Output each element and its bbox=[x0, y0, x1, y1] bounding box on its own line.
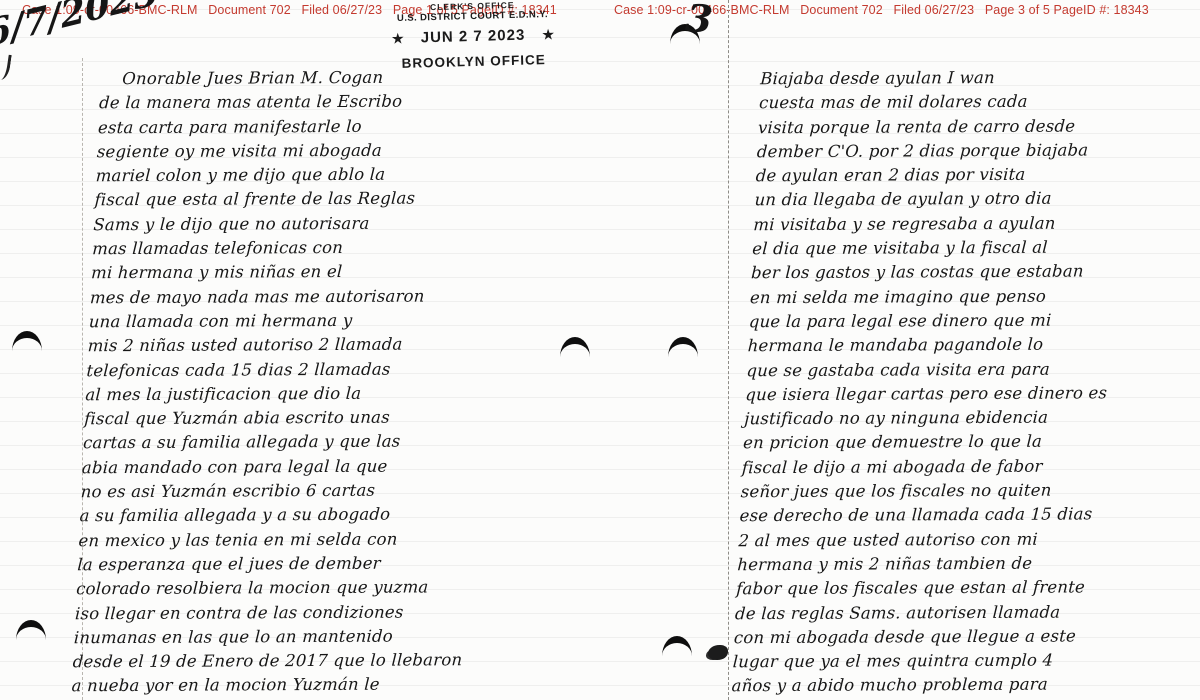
pen-stroke-mark bbox=[0, 53, 12, 81]
handwritten-letter-body-page3: Biajaba desde ayulan I wancuesta mas de … bbox=[731, 65, 1200, 699]
handwritten-line: en mi selda me imagino que penso bbox=[749, 283, 1200, 310]
handwritten-date: 6/7/2023 bbox=[0, 0, 160, 55]
page-3-scan: Case 1:09-cr-00466-BMC-RLM Document 702 … bbox=[600, 0, 1200, 700]
handwritten-line: al mes la justificacion que dio la bbox=[85, 381, 566, 408]
handwritten-line: que se gastaba cada visita era para bbox=[746, 356, 1200, 383]
handwritten-line: a nueba yor en la mocion Yuzmán le bbox=[71, 672, 552, 699]
handwritten-line: una llamada con mi hermana y bbox=[88, 308, 569, 335]
handwritten-line: a su familia allegada y a su abogado bbox=[79, 502, 560, 529]
handwritten-line: Onorable Jues Brian M. Cogan bbox=[100, 65, 581, 92]
handwritten-line: fabor que los fiscales que estan al fren… bbox=[736, 575, 1200, 602]
handwritten-line: cartas a su familia allegada y que las bbox=[82, 429, 563, 456]
handwritten-line: hermana y mis 2 niñas tambien de bbox=[737, 551, 1200, 578]
handwritten-line: en mexico y las tenia en mi selda con bbox=[78, 526, 559, 553]
handwritten-line: mi hermana y mis niñas en el bbox=[91, 259, 572, 286]
handwritten-line: mis 2 niñas usted autoriso 2 llamada bbox=[87, 332, 568, 359]
handwritten-line: con mi abogada desde que llegue a este bbox=[733, 624, 1200, 651]
handwritten-line: el dia que me visitaba y la fiscal al bbox=[752, 235, 1200, 262]
ink-scribble-mark bbox=[708, 645, 728, 660]
handwritten-page-number: 3 bbox=[684, 0, 715, 42]
handwritten-line: en pricion que demuestre lo que la bbox=[743, 429, 1200, 456]
handwritten-line: esta carta para manifestarle lo bbox=[97, 113, 578, 140]
handwritten-line: mes de mayo nada mas me autorisaron bbox=[89, 283, 570, 310]
handwritten-line: fiscal que Yuzmán abia escrito unas bbox=[84, 405, 565, 432]
handwritten-line: iso llegar en contra de las condiziones bbox=[74, 599, 555, 626]
handwritten-line: ber los gastos y las costas que estaban bbox=[751, 259, 1200, 286]
handwritten-line: de las reglas Sams. autorisen llamada bbox=[734, 599, 1200, 626]
handwritten-line: desde el 19 de Enero de 2017 que lo lleb… bbox=[72, 648, 553, 675]
handwritten-line: mas llamadas telefonicas con bbox=[92, 235, 573, 262]
handwritten-line: que la para legal ese dinero que mi bbox=[748, 308, 1200, 335]
handwritten-line: años y a abido mucho problema para bbox=[731, 672, 1200, 699]
handwritten-line: lugar que ya el mes quintra cumplo 4 bbox=[732, 648, 1200, 675]
handwritten-letter-body-page1: Onorable Jues Brian M. Cogande la manera… bbox=[71, 65, 581, 699]
handwritten-line: fiscal le dijo a mi abogada de fabor bbox=[741, 454, 1200, 481]
handwritten-line: mi visitaba y se regresaba a ayulan bbox=[753, 211, 1200, 238]
hole-punch-mark bbox=[16, 620, 46, 640]
page-1-scan: Case 1:09-cr-00466-BMC-RLM Document 702 … bbox=[0, 0, 600, 700]
handwritten-line: telefonicas cada 15 dias 2 llamadas bbox=[86, 356, 567, 383]
handwritten-line: no es asi Yuzmán escribio 6 cartas bbox=[80, 478, 561, 505]
handwritten-line: un dia llegaba de ayulan y otro dia bbox=[754, 186, 1200, 213]
handwritten-line: Sams y le dijo que no autorisara bbox=[93, 211, 574, 238]
hole-punch-mark bbox=[662, 636, 692, 656]
stamp-date: JUN 2 7 2023 bbox=[421, 27, 526, 47]
handwritten-line: de ayulan eran 2 dias por visita bbox=[755, 162, 1200, 189]
hole-punch-mark bbox=[12, 331, 42, 351]
handwritten-line: inumanas en las que lo an mantenido bbox=[73, 624, 554, 651]
handwritten-line: segiente oy me visita mi abogada bbox=[96, 138, 577, 165]
handwritten-line: hermana le mandaba pagandole lo bbox=[747, 332, 1200, 359]
handwritten-line: mariel colon y me dijo que ablo la bbox=[95, 162, 576, 189]
hole-punch-mark bbox=[668, 337, 698, 357]
handwritten-line: justificado no ay ninguna ebidencia bbox=[744, 405, 1200, 432]
star-icon: ★ bbox=[392, 30, 404, 46]
clerks-office-stamp: CLERK'S OFFICE U.S. DISTRICT COURT E.D.N… bbox=[387, 0, 559, 71]
handwritten-line: Biajaba desde ayulan I wan bbox=[760, 65, 1200, 92]
handwritten-line: colorado resolbiera la mocion que yuzma bbox=[76, 575, 557, 602]
handwritten-line: señor jues que los fiscales no quiten bbox=[740, 478, 1200, 505]
handwritten-line: de la manera mas atenta le Escribo bbox=[99, 89, 580, 116]
handwritten-line: cuesta mas de mil dolares cada bbox=[759, 89, 1200, 116]
star-icon: ★ bbox=[542, 26, 554, 42]
handwritten-line: que isiera llegar cartas pero ese dinero… bbox=[745, 381, 1200, 408]
handwritten-line: 2 al mes que usted autoriso con mi bbox=[738, 526, 1200, 553]
handwritten-line: dember C'O. por 2 dias porque biajaba bbox=[756, 138, 1200, 165]
handwritten-line: abia mandado con para legal la que bbox=[81, 453, 562, 480]
stamp-date-line: ★ JUN 2 7 2023 ★ bbox=[388, 26, 558, 47]
handwritten-line: visita porque la renta de carro desde bbox=[757, 113, 1200, 140]
margin-rule-line bbox=[728, 0, 729, 700]
handwritten-line: ese derecho de una llamada cada 15 dias bbox=[739, 502, 1200, 529]
handwritten-line: fiscal que esta al frente de las Reglas bbox=[94, 186, 575, 213]
handwritten-line: la esperanza que el jues de dember bbox=[77, 551, 558, 578]
